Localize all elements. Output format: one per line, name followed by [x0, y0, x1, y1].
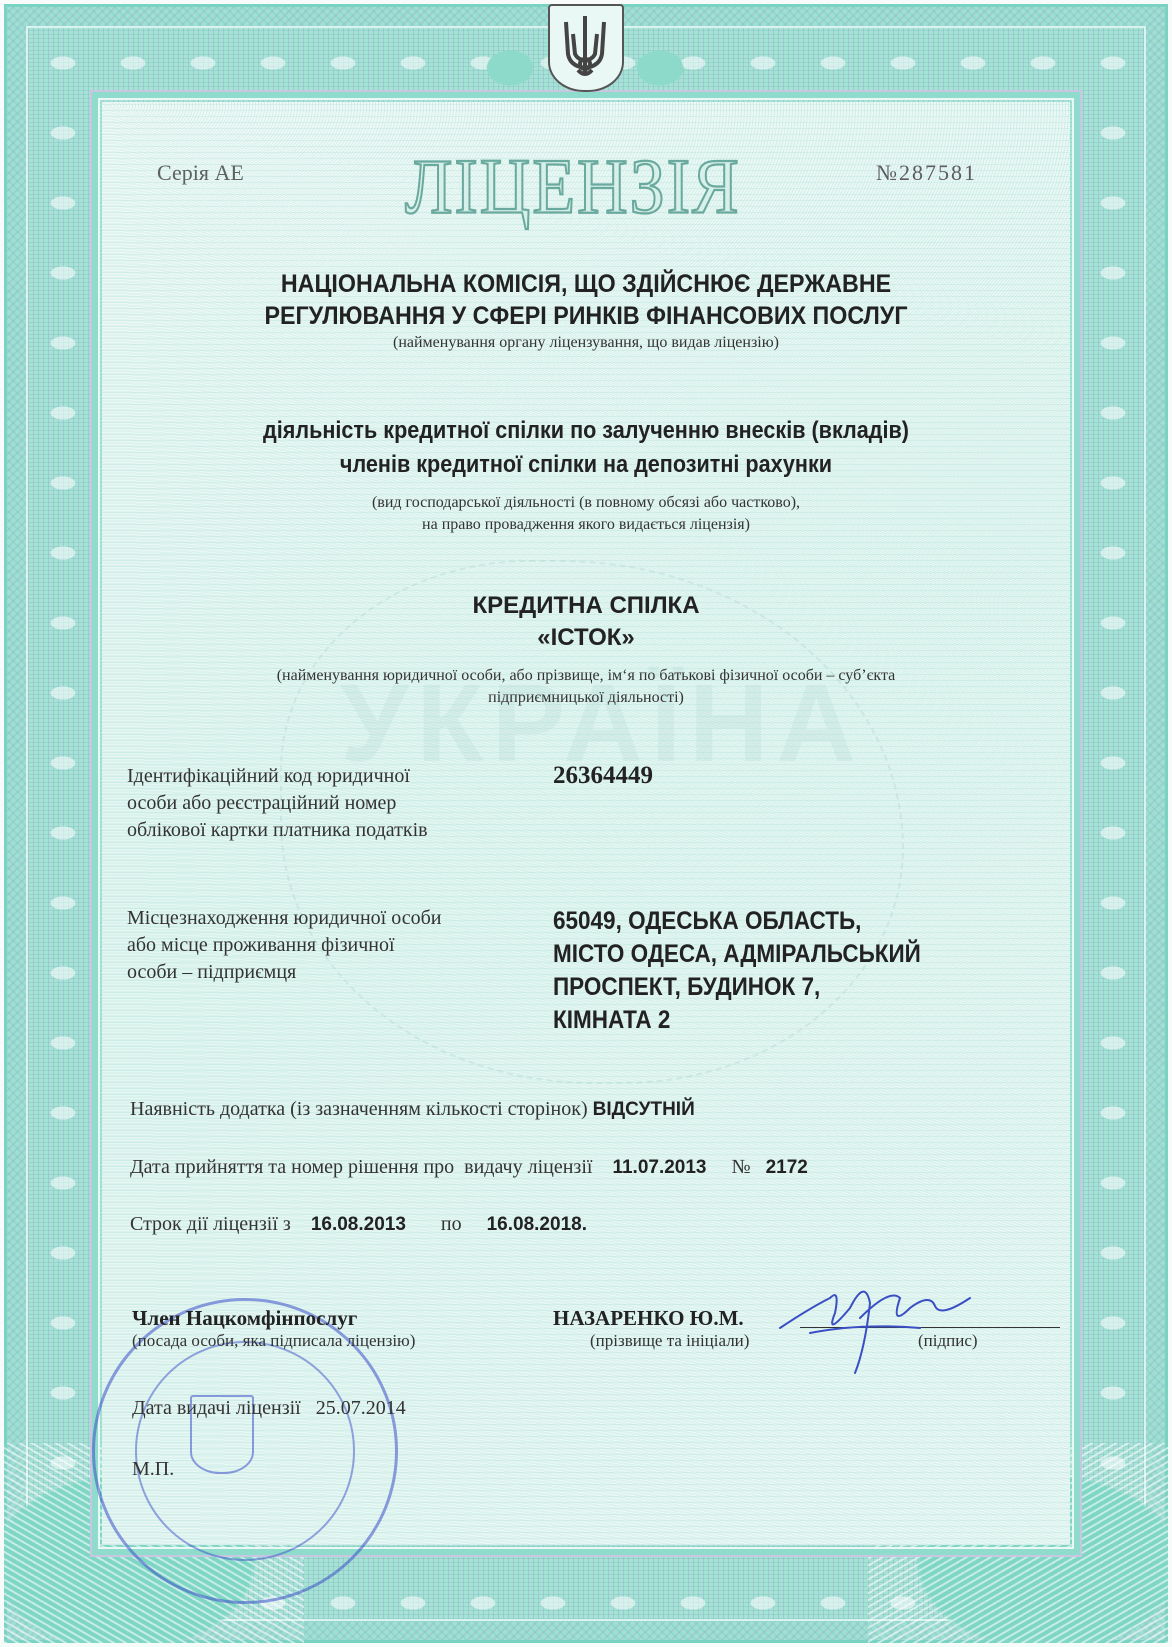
- coat-of-arms-icon: [548, 4, 624, 92]
- decision-row: Дата прийняття та номер рішення про вида…: [130, 1156, 808, 1179]
- address-line-4: КІМНАТА 2: [553, 1004, 921, 1037]
- location-label-2: або місце проживання фізичної: [127, 932, 442, 959]
- validity-to-date: 16.08.2018.: [487, 1214, 587, 1235]
- address-line-3: ПРОСПЕКТ, БУДИНОК 7,: [553, 971, 921, 1004]
- signer-position-hint: (посада особи, яка підписала ліцензію): [132, 1331, 415, 1351]
- address-line-1: 65049, ОДЕСЬКА ОБЛАСТЬ,: [553, 905, 921, 938]
- decision-label: Дата прийняття та номер рішення про вида…: [130, 1156, 592, 1178]
- authority-hint: (найменування органу ліцензування, що ви…: [110, 332, 1062, 354]
- issue-date-value: 25.07.2014: [316, 1397, 406, 1419]
- ornament-left: [470, 38, 550, 98]
- organization-line-1: КРЕДИТНА СПІЛКА: [110, 590, 1062, 622]
- decision-date: 11.07.2013: [612, 1157, 706, 1178]
- authority-line-2: РЕГУЛЮВАННЯ У СФЕРІ РИНКІВ ФІНАНСОВИХ ПО…: [143, 300, 1028, 332]
- decision-number: 2172: [766, 1157, 808, 1178]
- location-label-1: Місцезнаходження юридичної особи: [127, 905, 442, 932]
- ornament-right: [620, 38, 700, 98]
- licensing-authority: НАЦІОНАЛЬНА КОМІСІЯ, ЩО ЗДІЙСНЮЄ ДЕРЖАВН…: [143, 268, 1028, 332]
- activity-type: діяльність кредитної спілки по залученню…: [158, 414, 1015, 482]
- validity-from-label: Строк дії ліцензії з: [130, 1213, 291, 1235]
- organization-hint: (найменування юридичної особи, або прізв…: [110, 665, 1062, 709]
- activity-hint-2: на право провадження якого видається ліц…: [110, 514, 1062, 536]
- authority-line-1: НАЦІОНАЛЬНА КОМІСІЯ, ЩО ЗДІЙСНЮЄ ДЕРЖАВН…: [143, 268, 1028, 300]
- appendix-value: ВІДСУТНІЙ: [593, 1099, 695, 1120]
- signer-name: НАЗАРЕНКО Ю.М.: [553, 1306, 744, 1331]
- seal-place-mark: М.П.: [132, 1458, 174, 1481]
- handwritten-signature: [770, 1268, 1010, 1378]
- organization-name: КРЕДИТНА СПІЛКА «ІСТОК»: [110, 590, 1062, 654]
- validity-row: Строк дії ліцензії з 16.08.2013 по 16.08…: [130, 1213, 587, 1236]
- identification-label: Ідентифікаційний код юридичної особи або…: [127, 763, 428, 844]
- location-label: Місцезнаходження юридичної особи або міс…: [127, 905, 442, 986]
- identification-label-3: облікової картки платника податків: [127, 817, 428, 844]
- license-number: №287581: [876, 160, 977, 186]
- document-title: ЛІЦЕНЗІЯ: [405, 143, 741, 233]
- address-line-2: МІСТО ОДЕСА, АДМІРАЛЬСЬКИЙ: [553, 938, 921, 971]
- decision-number-label: №: [732, 1156, 751, 1178]
- identification-label-1: Ідентифікаційний код юридичної: [127, 763, 428, 790]
- issue-date-row: Дата видачі ліцензії 25.07.2014: [132, 1397, 406, 1420]
- appendix-row: Наявність додатка (із зазначенням кілько…: [130, 1098, 695, 1121]
- identification-label-2: особи або реєстраційний номер: [127, 790, 428, 817]
- organization-line-2: «ІСТОК»: [110, 622, 1062, 654]
- location-address: 65049, ОДЕСЬКА ОБЛАСТЬ, МІСТО ОДЕСА, АДМ…: [553, 905, 921, 1037]
- series-label: Серія АЕ: [157, 160, 244, 186]
- validity-from-date: 16.08.2013: [311, 1214, 406, 1235]
- location-label-3: особи – підприємця: [127, 959, 442, 986]
- activity-line-1: діяльність кредитної спілки по залученню…: [158, 414, 1015, 448]
- appendix-label: Наявність додатка (із зазначенням кілько…: [130, 1098, 588, 1120]
- validity-to-label: по: [441, 1213, 462, 1235]
- activity-hint: (вид господарської діяльності (в повному…: [110, 492, 1062, 536]
- identification-code: 26364449: [553, 762, 653, 790]
- activity-hint-1: (вид господарської діяльності (в повному…: [110, 492, 1062, 514]
- organization-hint-2: підприємницької діяльності): [110, 687, 1062, 709]
- activity-line-2: членів кредитної спілки на депозитні рах…: [158, 448, 1015, 482]
- issue-date-label: Дата видачі ліцензії: [132, 1397, 301, 1419]
- organization-hint-1: (найменування юридичної особи, або прізв…: [110, 665, 1062, 687]
- signer-name-hint: (прізвище та ініціали): [590, 1331, 749, 1351]
- signer-position: Член Нацкомфінпослуг: [132, 1306, 357, 1331]
